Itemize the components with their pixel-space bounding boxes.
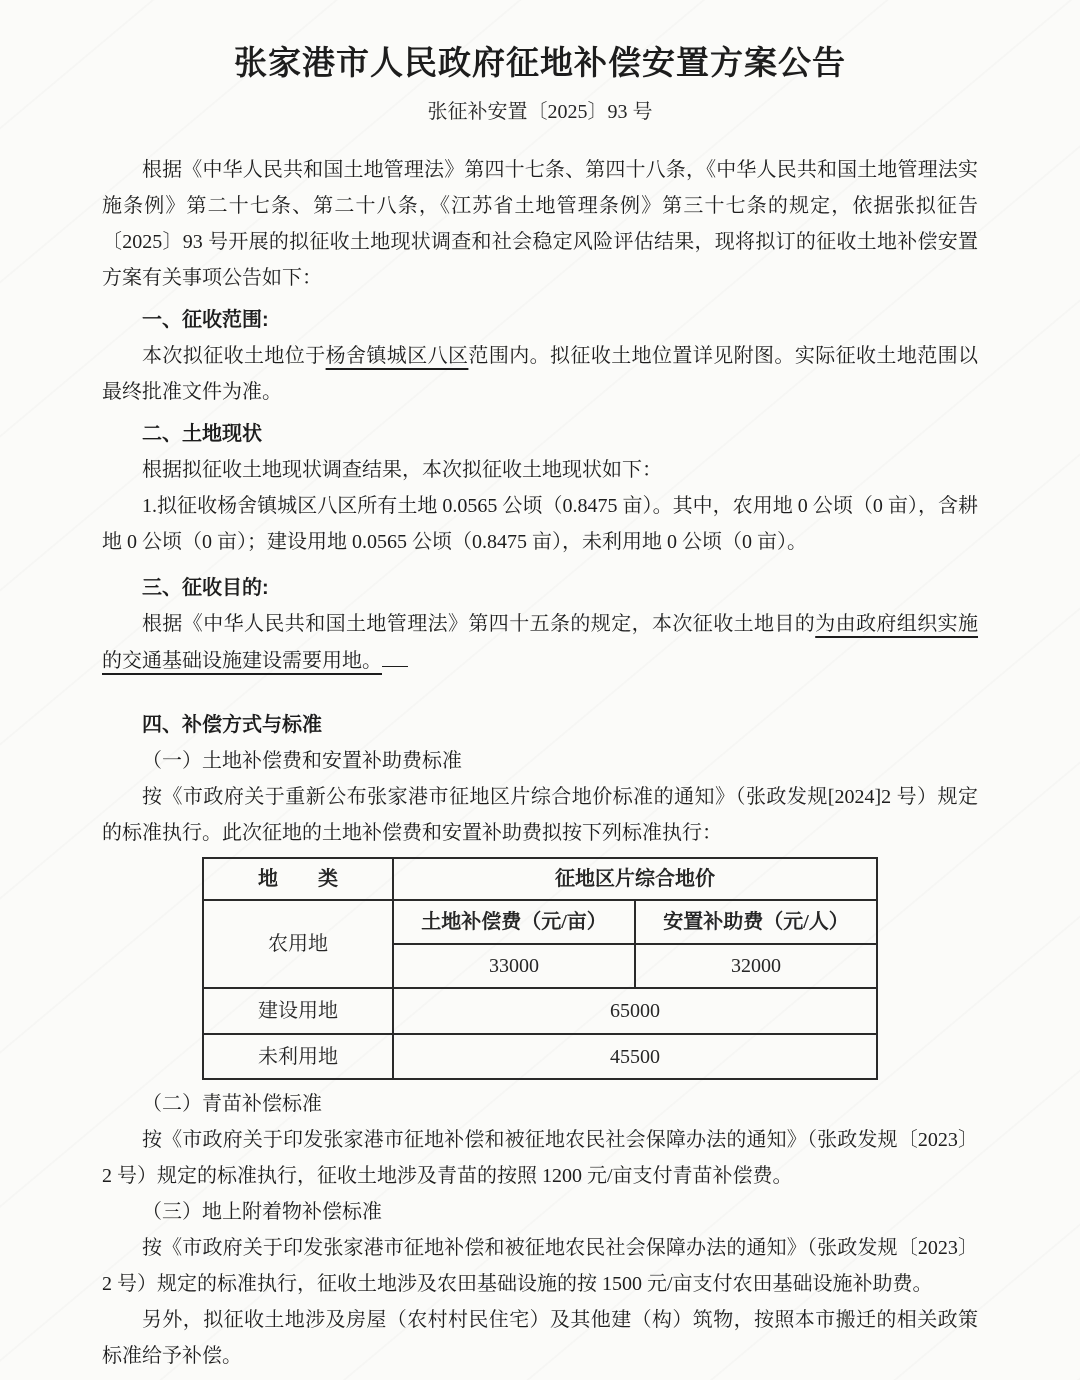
table-cell-land-compensation-value: 33000 bbox=[393, 944, 635, 988]
table-cell-construction-value: 65000 bbox=[393, 988, 877, 1034]
table-subheader-resettlement-subsidy: 安置补助费（元/人） bbox=[635, 900, 877, 944]
section-4-sub-1-paragraph: 按《市政府关于重新公布张家港市征地区片综合地价标准的通知》（张政发规[2024]… bbox=[102, 779, 978, 851]
table-cell-agricultural-land: 农用地 bbox=[203, 900, 393, 988]
table-cell-unused-value: 45500 bbox=[393, 1034, 877, 1079]
table-header-row: 地 类 征地区片综合地价 bbox=[203, 858, 877, 900]
table-cell-construction-land: 建设用地 bbox=[203, 988, 393, 1034]
intro-paragraph: 根据《中华人民共和国土地管理法》第四十七条、第四十八条，《中华人民共和国土地管理… bbox=[102, 152, 978, 296]
table-row-unused-land: 未利用地 45500 bbox=[203, 1034, 877, 1079]
section-2-heading: 二、土地现状 bbox=[102, 416, 978, 452]
section-2-paragraph-2: 1.拟征收杨舍镇城区八区所有土地 0.0565 公顷（0.8475 亩）。其中，… bbox=[102, 488, 978, 560]
compensation-standards-table: 地 类 征地区片综合地价 农用地 土地补偿费（元/亩） 安置补助费（元/人） 3… bbox=[202, 857, 878, 1080]
section-1-underlined-location: 杨舍镇城区八区 bbox=[326, 345, 469, 367]
section-3-text-prefix: 根据《中华人民共和国土地管理法》第四十五条的规定，本次征收土地目的 bbox=[142, 613, 815, 635]
section-4-sub-3-paragraph: 按《市政府关于印发张家港市征地补偿和被征地农民社会保障办法的通知》（张政发规〔2… bbox=[102, 1230, 978, 1302]
table-row-construction-land: 建设用地 65000 bbox=[203, 988, 877, 1034]
section-3-paragraph: 根据《中华人民共和国土地管理法》第四十五条的规定，本次征收土地目的为由政府组织实… bbox=[102, 606, 978, 679]
document-body: 根据《中华人民共和国土地管理法》第四十七条、第四十八条，《中华人民共和国土地管理… bbox=[102, 152, 978, 1374]
section-1-text-prefix: 本次拟征收土地位于 bbox=[142, 345, 326, 367]
table-subheader-row: 农用地 土地补偿费（元/亩） 安置补助费（元/人） bbox=[203, 900, 877, 944]
document-number: 张征补安置〔2025〕93 号 bbox=[102, 98, 978, 126]
section-1-heading: 一、征收范围: bbox=[102, 302, 978, 338]
section-3-heading: 三、征收目的: bbox=[102, 570, 978, 606]
page-title: 张家港市人民政府征地补偿安置方案公告 bbox=[102, 44, 978, 84]
table-header-land-category: 地 类 bbox=[203, 858, 393, 900]
section-4-sub-3-heading: （三）地上附着物补偿标准 bbox=[102, 1194, 978, 1230]
table-header-composite-price: 征地区片综合地价 bbox=[393, 858, 877, 900]
announcement-document: 张家港市人民政府征地补偿安置方案公告 张征补安置〔2025〕93 号 根据《中华… bbox=[0, 0, 1080, 1374]
section-4-heading: 四、补偿方式与标准 bbox=[102, 707, 978, 743]
section-4-sub-1-heading: （一）土地补偿费和安置补助费标准 bbox=[102, 743, 978, 779]
table-cell-resettlement-value: 32000 bbox=[635, 944, 877, 988]
table-cell-unused-land: 未利用地 bbox=[203, 1034, 393, 1079]
section-4-sub-3-paragraph-2: 另外，拟征收土地涉及房屋（农村村民住宅）及其他建（构）筑物，按照本市搬迁的相关政… bbox=[102, 1302, 978, 1374]
section-4-sub-2-paragraph: 按《市政府关于印发张家港市征地补偿和被征地农民社会保障办法的通知》（张政发规〔2… bbox=[102, 1122, 978, 1194]
section-1-paragraph: 本次拟征收土地位于杨舍镇城区八区范围内。拟征收土地位置详见附图。实际征收土地范围… bbox=[102, 338, 978, 410]
table-subheader-land-compensation: 土地补偿费（元/亩） bbox=[393, 900, 635, 944]
section-4-sub-2-heading: （二）青苗补偿标准 bbox=[102, 1086, 978, 1122]
underline-tail bbox=[382, 642, 408, 667]
section-2-paragraph-1: 根据拟征收土地现状调查结果，本次拟征收土地现状如下： bbox=[102, 452, 978, 488]
